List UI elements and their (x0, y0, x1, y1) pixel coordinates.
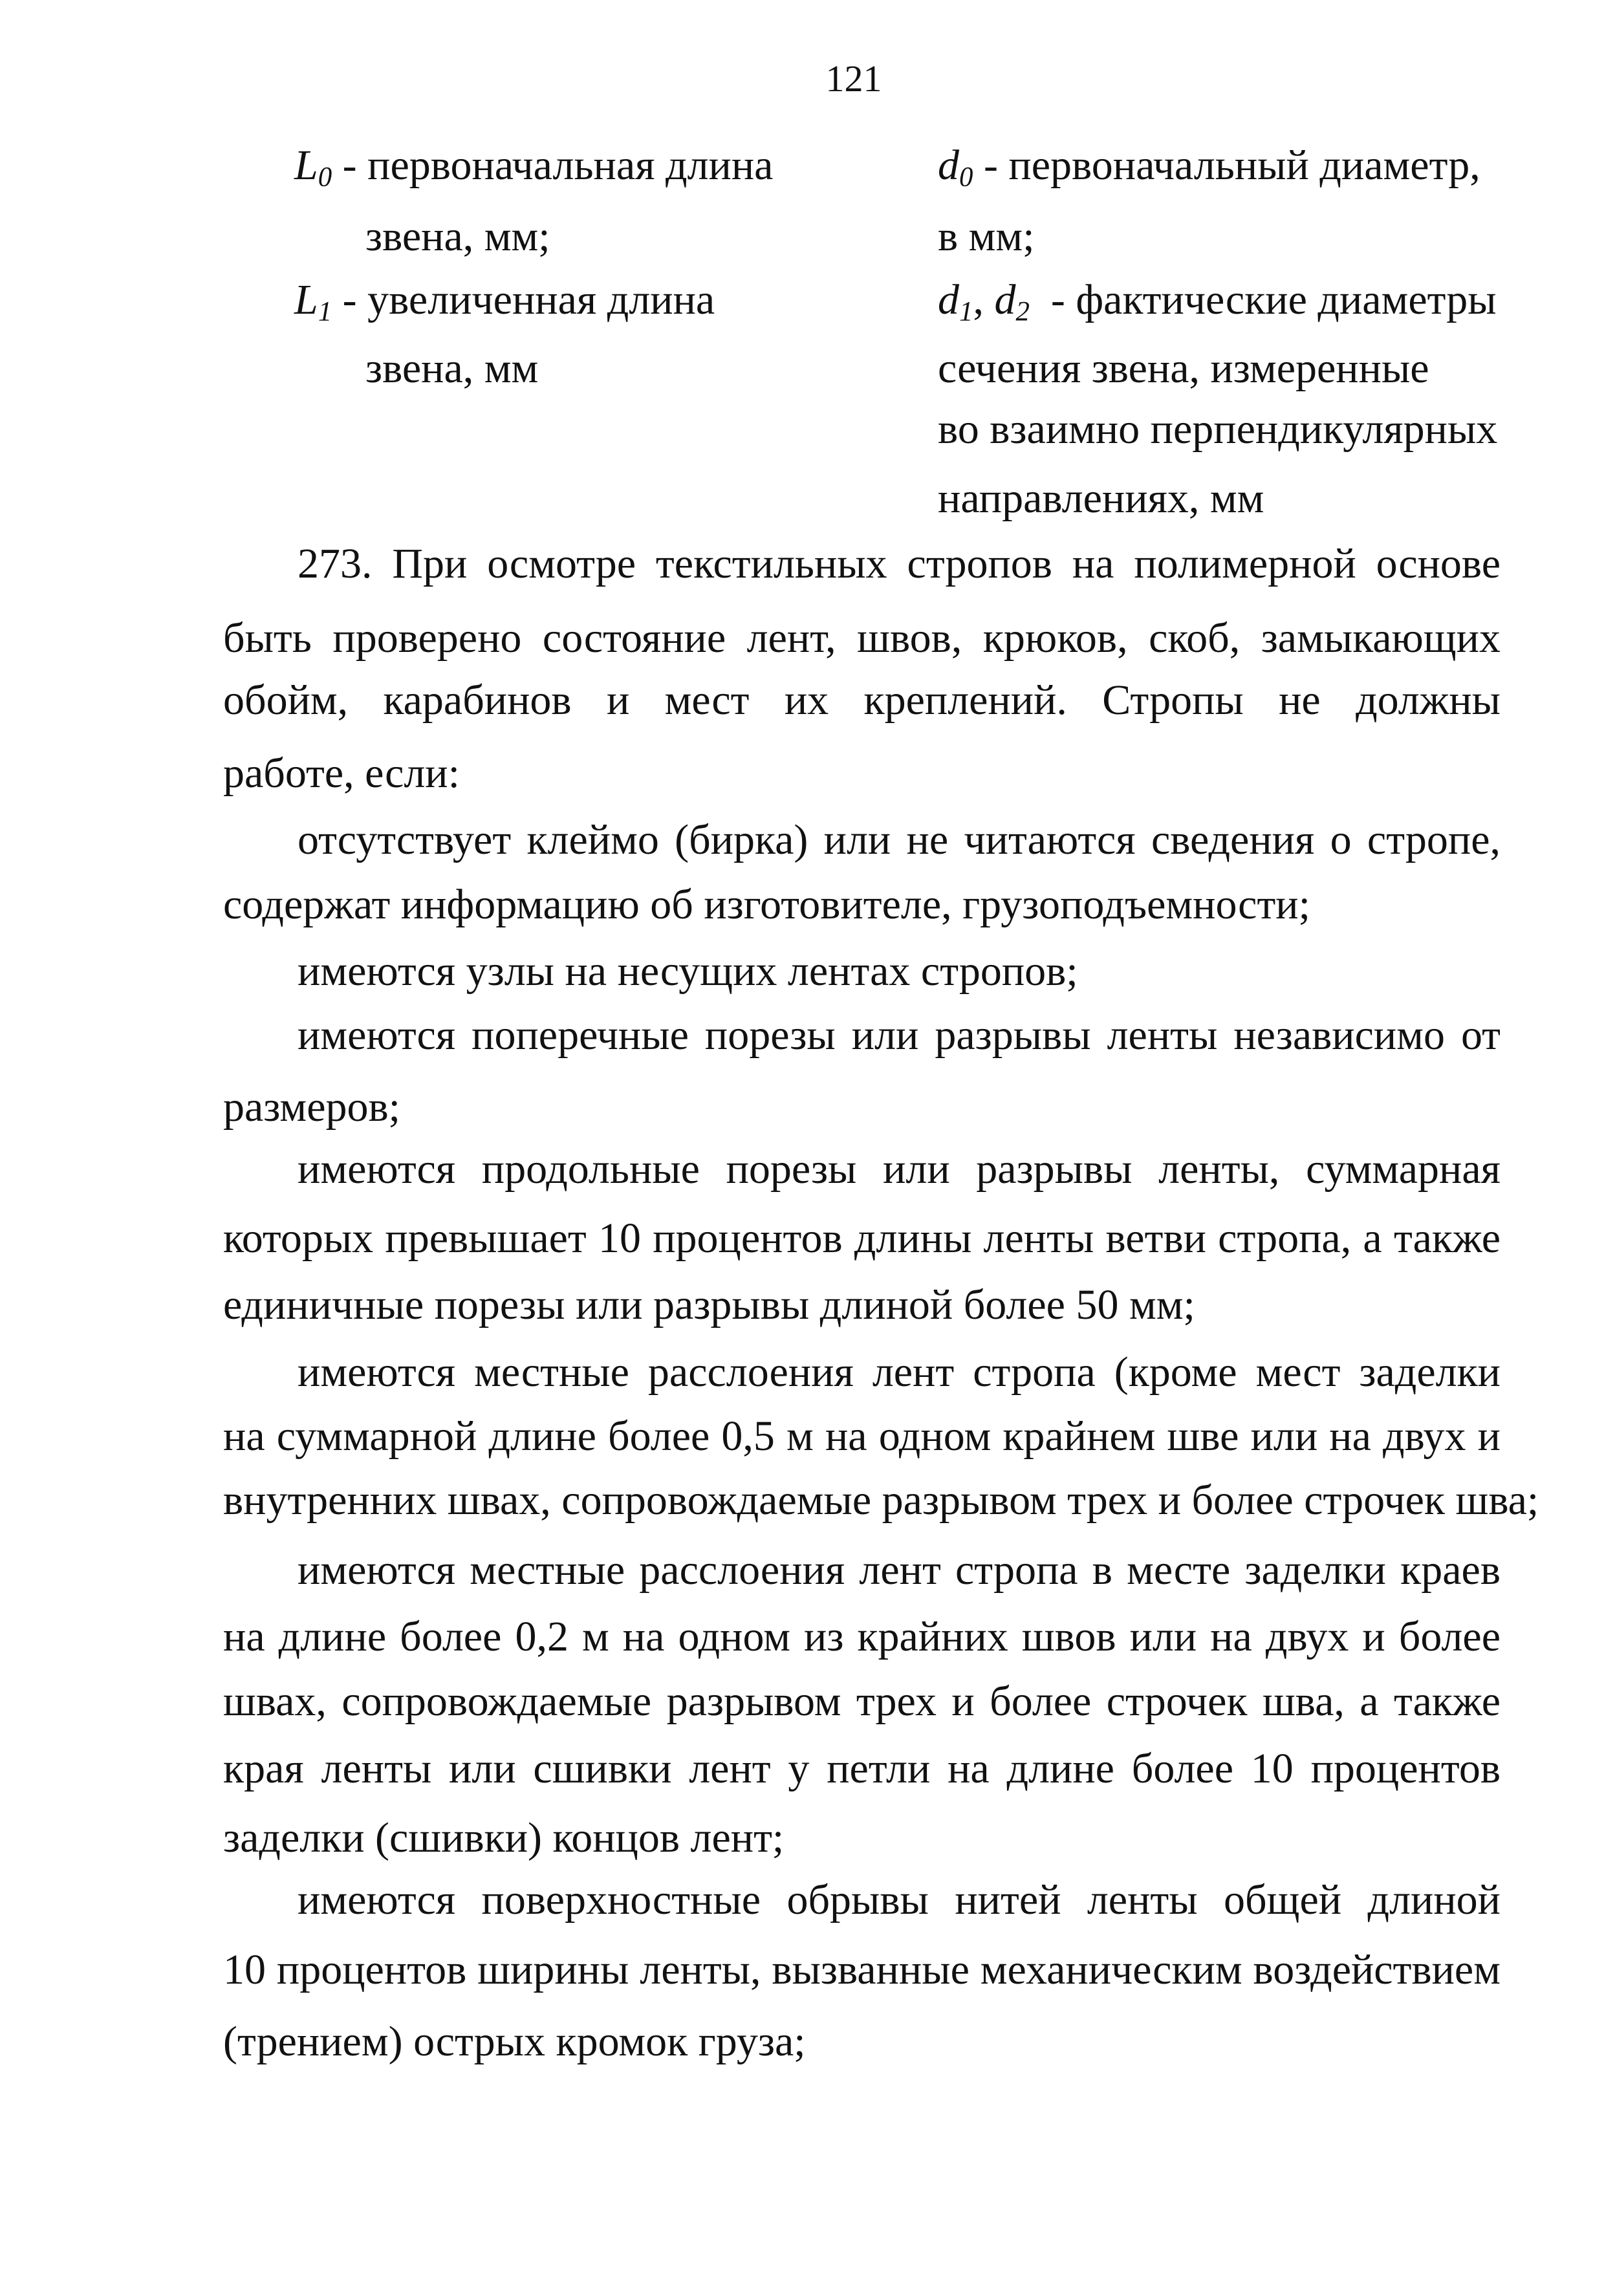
legend-cont: направлениях, мм (938, 473, 1264, 525)
symbol-d1: d1 (938, 276, 973, 323)
legend-desc: - увеличенная длина (343, 276, 715, 323)
legend-cont: сечения звена, измеренные (938, 343, 1429, 395)
legend-cont: звена, мм; (365, 211, 550, 263)
symbol-l1: L1 (294, 276, 332, 323)
list-item-line: имеются местные расслоения лент стропа в… (298, 1544, 1501, 1596)
paragraph-line: обойм, карабинов и мест их креплений. Ст… (223, 675, 1501, 726)
legend-item-d1-d2: d1, d2 - фактические диаметры (938, 274, 1497, 338)
list-item-line: которых превышает 10 процентов длины лен… (223, 1213, 1501, 1264)
page-number: 121 (789, 57, 918, 100)
legend-item-l1: L1 - увеличенная длина (294, 274, 715, 338)
legend-desc: - первоначальная длина (343, 142, 774, 189)
legend-cont: в мм; (938, 211, 1035, 263)
list-item-line: имеются поверхностные обрывы нитей ленты… (298, 1874, 1501, 1926)
list-item-line: имеются поперечные порезы или разрывы ле… (298, 1010, 1501, 1061)
list-item-line: на суммарной длине более 0,5 м на одном … (223, 1411, 1501, 1462)
list-item-line: содержат информацию об изготовителе, гру… (223, 879, 1310, 931)
legend-item-d0: d0 - первоначальный диаметр, (938, 140, 1480, 204)
list-item-line: на длине более 0,2 м на одном из крайних… (223, 1611, 1501, 1663)
list-item-line: края ленты или сшивки лент у петли на дл… (223, 1743, 1501, 1795)
list-item-line: 10 процентов ширины ленты, вызванные мех… (223, 1944, 1501, 1996)
legend-cont: во взаимно перпендикулярных (938, 404, 1497, 455)
paragraph-273-line: 273. При осмотре текстильных стропов на … (298, 538, 1501, 590)
list-item-line: внутренних швах, сопровождаемые разрывом… (223, 1475, 1539, 1526)
list-item-line: швах, сопровождаемые разрывом трех и бол… (223, 1676, 1501, 1727)
list-item-line: отсутствует клеймо (бирка) или не читают… (298, 814, 1501, 866)
legend-item-l0: L0 - первоначальная длина (294, 140, 773, 204)
list-item-line: размеров; (223, 1081, 400, 1133)
list-item-line: имеются местные расслоения лент стропа (… (298, 1347, 1501, 1398)
list-item-line: (трением) острых кромок груза; (223, 2016, 806, 2068)
paragraph-line: работе, если: (223, 748, 460, 799)
list-item-line: заделки (сшивки) концов лент; (223, 1812, 784, 1864)
symbol-d0: d0 (938, 142, 973, 189)
paragraph-line: быть проверено состояние лент, швов, крю… (223, 612, 1501, 664)
symbol-d2: d2 (994, 276, 1029, 323)
legend-desc: - первоначальный диаметр, (984, 142, 1480, 189)
legend-desc: - фактические диаметры (1051, 276, 1497, 323)
symbol-l0: L0 (294, 142, 332, 189)
list-item-line: имеются продольные порезы или разрывы ле… (298, 1143, 1501, 1195)
legend-cont: звена, мм (365, 343, 538, 395)
list-item-line: имеются узлы на несущих лентах стропов; (298, 946, 1078, 997)
list-item-line: единичные порезы или разрывы длиной боле… (223, 1279, 1195, 1331)
